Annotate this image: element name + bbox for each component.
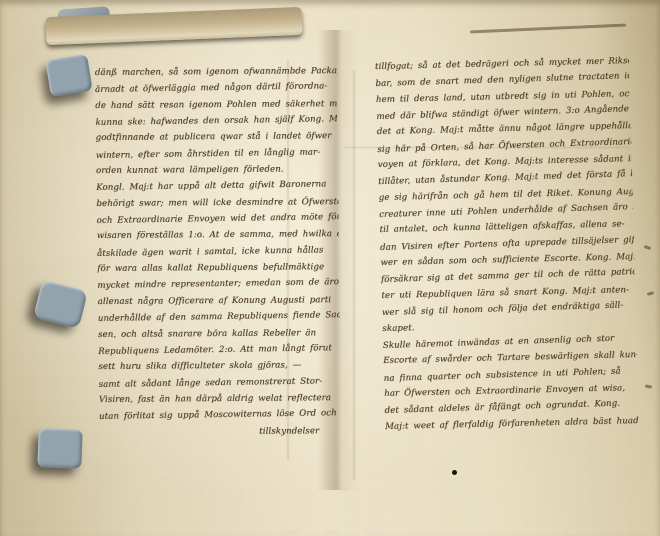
lead-seal	[37, 428, 82, 469]
ink-blot	[452, 470, 457, 475]
lead-seal	[45, 54, 92, 97]
handwritten-text-left-page: dänß marchen, så som igenom ofwannämbde …	[95, 63, 342, 442]
scanner-scan-button-label: Scan	[325, 529, 342, 536]
handwritten-text-right-page: tillfogat; så at det bedrägeri och så my…	[375, 53, 639, 436]
scanner-start-button-label: Start	[283, 529, 299, 536]
manuscript-line: tillskyndelser	[99, 423, 341, 441]
book-scanner-photo: dänß marchen, så som igenom ofwannämbde …	[0, 0, 660, 536]
fold-crease	[352, 70, 356, 480]
scanner-feed-button-label: Feed	[365, 529, 382, 536]
